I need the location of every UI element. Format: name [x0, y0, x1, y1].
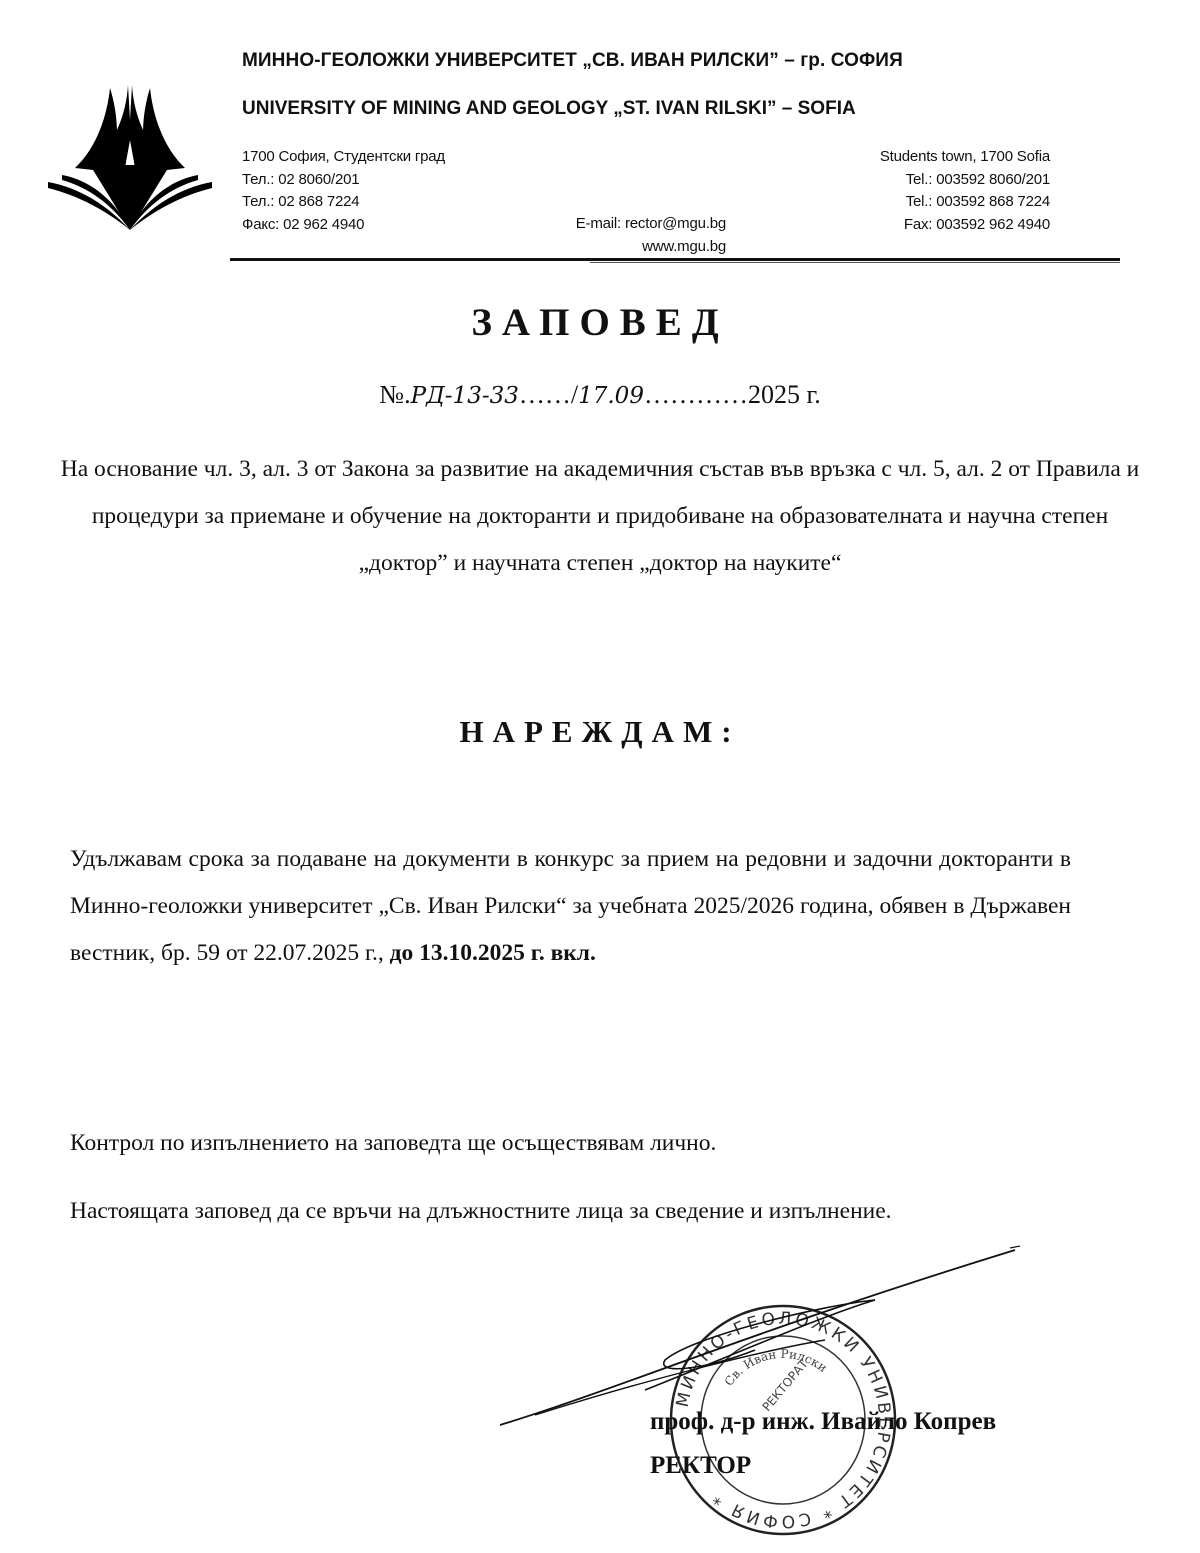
- header-divider: [230, 258, 1120, 261]
- university-logo-icon: [40, 80, 220, 230]
- address-en-phone: Tel.: 003592 868 7224: [880, 191, 1050, 214]
- deadline-text: до 13.10.2025 г. вкл.: [390, 940, 596, 966]
- address-en-phone: Tel.: 003592 8060/201: [880, 169, 1050, 192]
- order-verb-heading: НАРЕЖДАМ:: [0, 714, 1200, 750]
- contact-block: E-mail: rector@mgu.bg www.mgu.bg: [564, 213, 726, 258]
- main-order-paragraph: Удължавам срока за подаване на документи…: [70, 836, 1071, 977]
- address-en-fax: Fax: 003592 962 4940: [880, 214, 1050, 237]
- address-bg-line: 1700 София, Студентски град: [242, 146, 445, 169]
- signatory-position: РЕКТОР: [650, 1452, 751, 1480]
- dotted-fill: ……: [519, 380, 571, 409]
- address-bg-phone: Тел.: 02 868 7224: [242, 191, 445, 214]
- header-divider-thin: [590, 262, 1120, 263]
- dotted-fill: …………: [644, 380, 748, 409]
- university-name-en: UNIVERSITY OF MINING AND GEOLOGY „ST. IV…: [242, 98, 856, 120]
- signatory-name: проф. д-р инж. Ивайло Копрев: [650, 1408, 996, 1436]
- delivery-paragraph: Настоящата заповед да се връчи на длъжно…: [70, 1188, 1071, 1235]
- number-prefix: №.: [379, 380, 410, 409]
- university-name-bg: МИННО-ГЕОЛОЖКИ УНИВЕРСИТЕТ „СВ. ИВАН РИЛ…: [242, 50, 903, 72]
- address-en-line: Students town, 1700 Sofia: [880, 146, 1050, 169]
- address-bg: 1700 София, Студентски град Тел.: 02 806…: [242, 146, 445, 236]
- control-paragraph: Контрол по изпълнението на заповедта ще …: [70, 1120, 1071, 1167]
- handwritten-number: РД-13-33: [411, 383, 519, 409]
- address-bg-phone: Тел.: 02 8060/201: [242, 169, 445, 192]
- email-link[interactable]: E-mail: rector@mgu.bg: [564, 213, 726, 236]
- order-number: №.РД-13-33……/17.09…………2025 г.: [0, 380, 1200, 410]
- legal-basis-paragraph: На основание чл. 3, ал. 3 от Закона за р…: [60, 446, 1140, 587]
- address-bg-fax: Факс: 02 962 4940: [242, 214, 445, 237]
- address-en: Students town, 1700 Sofia Tel.: 003592 8…: [880, 146, 1050, 236]
- year-suffix: 2025 г.: [748, 380, 821, 409]
- website-link[interactable]: www.mgu.bg: [564, 236, 726, 259]
- handwritten-date: 17.09: [578, 383, 644, 409]
- document-title: ЗАПОВЕД: [0, 300, 1200, 345]
